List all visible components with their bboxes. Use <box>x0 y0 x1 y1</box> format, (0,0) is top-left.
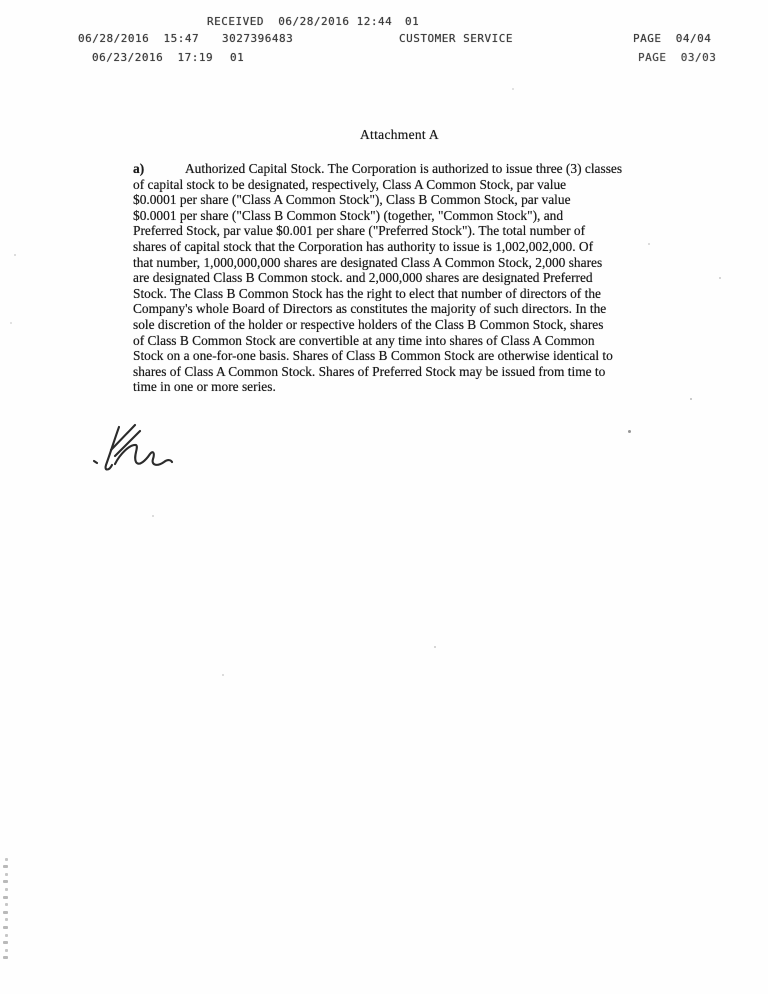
fax-page-counter-line3: PAGE 03/03 <box>638 51 716 64</box>
paragraph-line: shares of capital stock that the Corpora… <box>133 239 671 255</box>
paragraph-line: of Class B Common Stock are convertible … <box>133 333 671 349</box>
signature-scribble-icon <box>88 416 176 474</box>
scan-speck <box>10 322 12 324</box>
paragraph-line: shares of Class A Common Stock. Shares o… <box>133 364 671 380</box>
paragraph-line: sole discretion of the holder or respect… <box>133 317 671 333</box>
paragraph-line: $0.0001 per share ("Class B Common Stock… <box>133 208 671 224</box>
paragraph-lines: of capital stock to be designated, respe… <box>133 177 671 395</box>
fax-station-id-line3: 01 <box>230 51 244 64</box>
fax-datetime-line2: 06/28/2016 15:47 <box>78 32 199 45</box>
paragraph-line: time in one or more series. <box>133 379 671 395</box>
paragraph-line: are designated Class B Common stock. and… <box>133 270 671 286</box>
scan-speck <box>690 398 692 400</box>
fax-page-counter-line2: PAGE 04/04 <box>633 32 711 45</box>
fax-datetime-line3: 06/23/2016 17:19 <box>92 51 213 64</box>
paragraph-line: that number, 1,000,000,000 shares are de… <box>133 255 671 271</box>
scan-speck <box>512 88 514 90</box>
scan-speck <box>628 430 631 433</box>
signature-scribble-svg <box>88 416 176 474</box>
paragraph-section-a: a)Authorized Capital Stock. The Corporat… <box>133 161 671 395</box>
fax-number: 3027396483 <box>222 32 293 45</box>
scanned-fax-page: RECEIVED 06/28/2016 12:44 01 06/28/2016 … <box>0 0 768 994</box>
fax-received-station-id: 01 <box>405 15 419 28</box>
paragraph-first-line: a)Authorized Capital Stock. The Corporat… <box>133 161 671 177</box>
paragraph-line: Stock. The Class B Common Stock has the … <box>133 286 671 302</box>
paragraph-line: Preferred Stock, par value $0.001 per sh… <box>133 223 671 239</box>
paragraph-line: $0.0001 per share ("Class A Common Stock… <box>133 192 671 208</box>
document-title: Attachment A <box>360 127 439 143</box>
paragraph-line: Company's whole Board of Directors as co… <box>133 301 671 317</box>
paragraph-line: of capital stock to be designated, respe… <box>133 177 671 193</box>
fax-sender-name: CUSTOMER SERVICE <box>399 32 513 45</box>
scan-speck <box>14 254 16 256</box>
scan-speck <box>152 515 154 517</box>
paragraph-first-line-text: Authorized Capital Stock. The Corporatio… <box>185 161 622 176</box>
scan-speck <box>648 243 650 245</box>
scanner-edge-artifact <box>3 853 11 961</box>
paragraph-label: a) <box>133 161 185 177</box>
scan-speck <box>719 277 721 279</box>
paragraph-line: Stock on a one-for-one basis. Shares of … <box>133 348 671 364</box>
fax-received-stamp: RECEIVED 06/28/2016 12:44 <box>207 15 392 28</box>
scan-speck <box>222 674 224 676</box>
scan-speck <box>434 646 436 648</box>
